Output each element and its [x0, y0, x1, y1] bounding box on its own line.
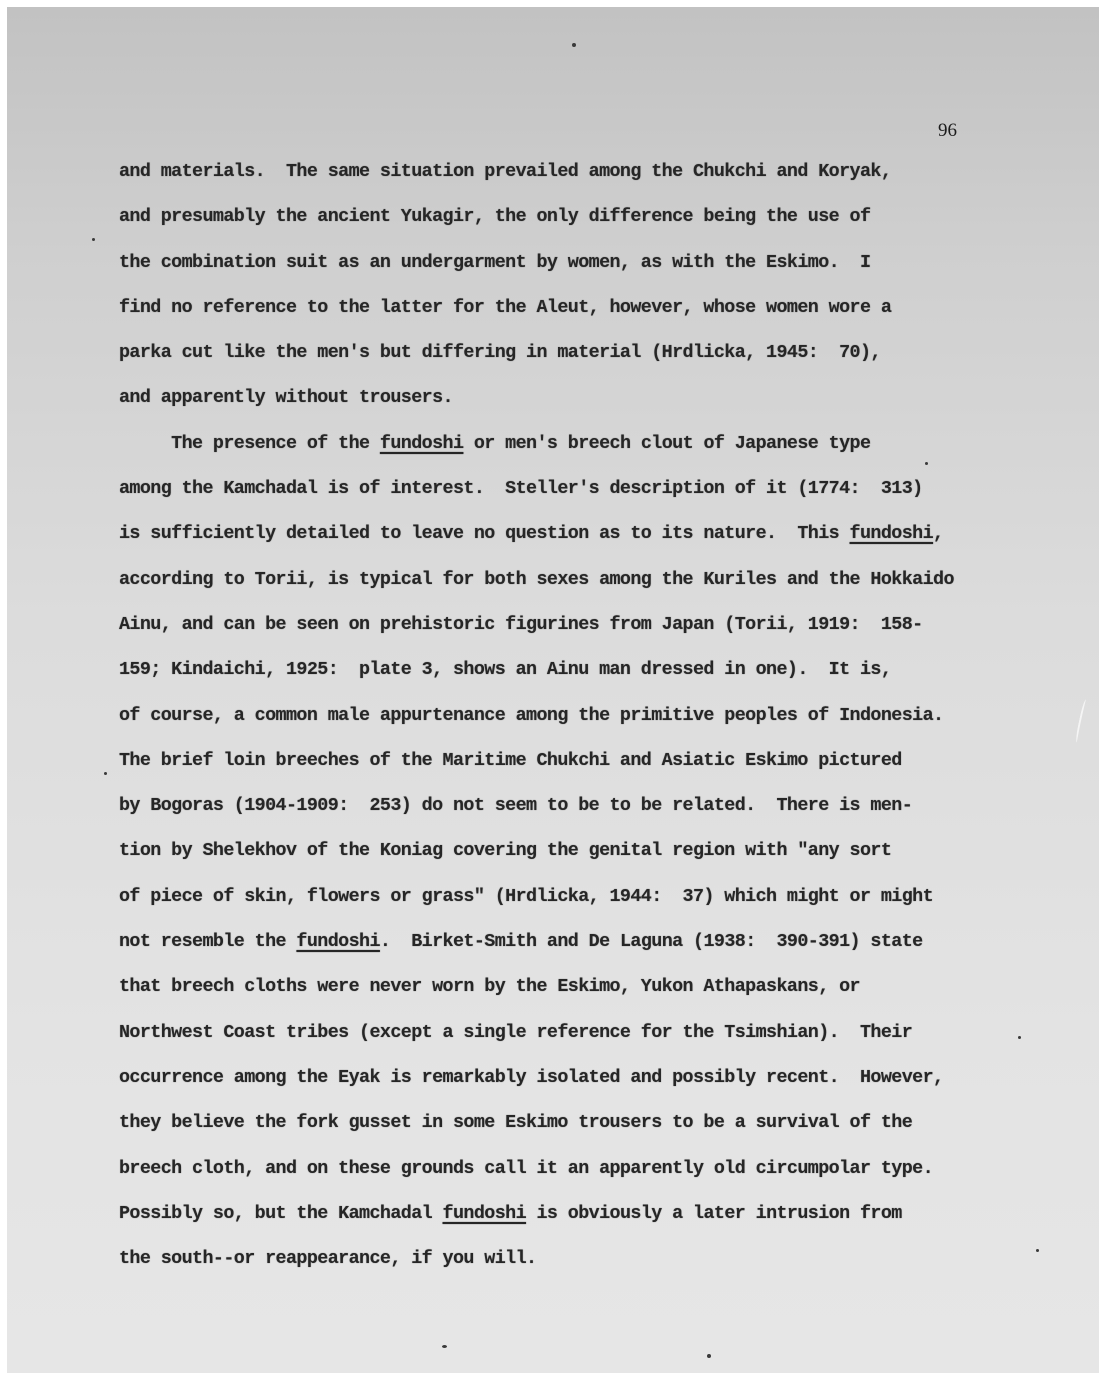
text-line: and apparently without trousers.	[119, 383, 1059, 428]
underlined-term: fundoshi	[296, 931, 380, 952]
text-segment: among the Kamchadal is of interest. Stel…	[119, 478, 923, 499]
text-line: The presence of the fundoshi or men's br…	[119, 429, 1059, 474]
text-line: find no reference to the latter for the …	[119, 293, 1059, 338]
text-line: the south--or reappearance, if you will.	[119, 1244, 1059, 1289]
text-line: Ainu, and can be seen on prehistoric fig…	[119, 610, 1059, 655]
scan-artifact	[1074, 699, 1088, 743]
text-line: The brief loin breeches of the Maritime …	[119, 746, 1059, 791]
underlined-term: fundoshi	[850, 523, 934, 544]
scan-speck	[442, 1345, 447, 1348]
page-number: 96	[938, 120, 957, 142]
text-line: of piece of skin, flowers or grass" (Hrd…	[119, 882, 1059, 927]
text-line: Possibly so, but the Kamchadal fundoshi …	[119, 1199, 1059, 1244]
text-segment: Possibly so, but the Kamchadal	[119, 1203, 443, 1224]
text-line: breech cloth, and on these grounds call …	[119, 1154, 1059, 1199]
text-segment: the south--or reappearance, if you will.	[119, 1248, 536, 1269]
text-line: by Bogoras (1904-1909: 253) do not seem …	[119, 791, 1059, 836]
text-segment: the combination suit as an undergarment …	[119, 252, 870, 273]
text-line: occurrence among the Eyak is remarkably …	[119, 1063, 1059, 1108]
text-segment: . Birket-Smith and De Laguna (1938: 390-…	[380, 931, 923, 952]
text-segment: and presumably the ancient Yukagir, the …	[119, 206, 870, 227]
underlined-term: fundoshi	[443, 1203, 527, 1224]
text-segment: is obviously a later intrusion from	[526, 1203, 902, 1224]
text-segment: parka cut like the men's but differing i…	[119, 342, 881, 363]
text-line: is sufficiently detailed to leave no que…	[119, 519, 1059, 564]
text-line: and materials. The same situation prevai…	[119, 157, 1059, 202]
text-line: they believe the fork gusset in some Esk…	[119, 1108, 1059, 1153]
scan-speck	[707, 1354, 711, 1358]
text-segment: of piece of skin, flowers or grass" (Hrd…	[119, 886, 933, 907]
text-line: that breech cloths were never worn by th…	[119, 972, 1059, 1017]
text-segment: is sufficiently detailed to leave no que…	[119, 523, 850, 544]
text-segment: and materials. The same situation prevai…	[119, 161, 891, 182]
text-segment: 159; Kindaichi, 1925: plate 3, shows an …	[119, 659, 891, 680]
text-line: according to Torii, is typical for both …	[119, 565, 1059, 610]
text-line: of course, a common male appurtenance am…	[119, 701, 1059, 746]
text-segment: of course, a common male appurtenance am…	[119, 705, 943, 726]
text-segment: by Bogoras (1904-1909: 253) do not seem …	[119, 795, 912, 816]
text-segment: according to Torii, is typical for both …	[119, 569, 954, 590]
scan-speck	[104, 772, 107, 775]
scan-speck	[92, 238, 95, 241]
text-line: tion by Shelekhov of the Koniag covering…	[119, 836, 1059, 881]
text-segment: Northwest Coast tribes (except a single …	[119, 1022, 912, 1043]
text-segment: that breech cloths were never worn by th…	[119, 976, 860, 997]
text-line: the combination suit as an undergarment …	[119, 248, 1059, 293]
text-segment: The brief loin breeches of the Maritime …	[119, 750, 902, 771]
typewritten-body: and materials. The same situation prevai…	[119, 157, 1059, 1289]
text-segment: they believe the fork gusset in some Esk…	[119, 1112, 912, 1133]
text-line: 159; Kindaichi, 1925: plate 3, shows an …	[119, 655, 1059, 700]
text-line: not resemble the fundoshi. Birket-Smith …	[119, 927, 1059, 972]
text-line: Northwest Coast tribes (except a single …	[119, 1018, 1059, 1063]
text-segment: tion by Shelekhov of the Koniag covering…	[119, 840, 891, 861]
text-segment: Ainu, and can be seen on prehistoric fig…	[119, 614, 923, 635]
text-segment: occurrence among the Eyak is remarkably …	[119, 1067, 943, 1088]
text-segment: find no reference to the latter for the …	[119, 297, 891, 318]
text-segment: and apparently without trousers.	[119, 387, 453, 408]
text-segment: breech cloth, and on these grounds call …	[119, 1158, 933, 1179]
text-segment: not resemble the	[119, 931, 296, 952]
text-line: parka cut like the men's but differing i…	[119, 338, 1059, 383]
text-segment: or men's breech clout of Japanese type	[463, 433, 870, 454]
text-line: among the Kamchadal is of interest. Stel…	[119, 474, 1059, 519]
text-segment: The presence of the	[119, 433, 380, 454]
text-segment: ,	[933, 523, 943, 544]
scan-speck	[572, 43, 576, 47]
underlined-term: fundoshi	[380, 433, 464, 454]
text-line: and presumably the ancient Yukagir, the …	[119, 202, 1059, 247]
